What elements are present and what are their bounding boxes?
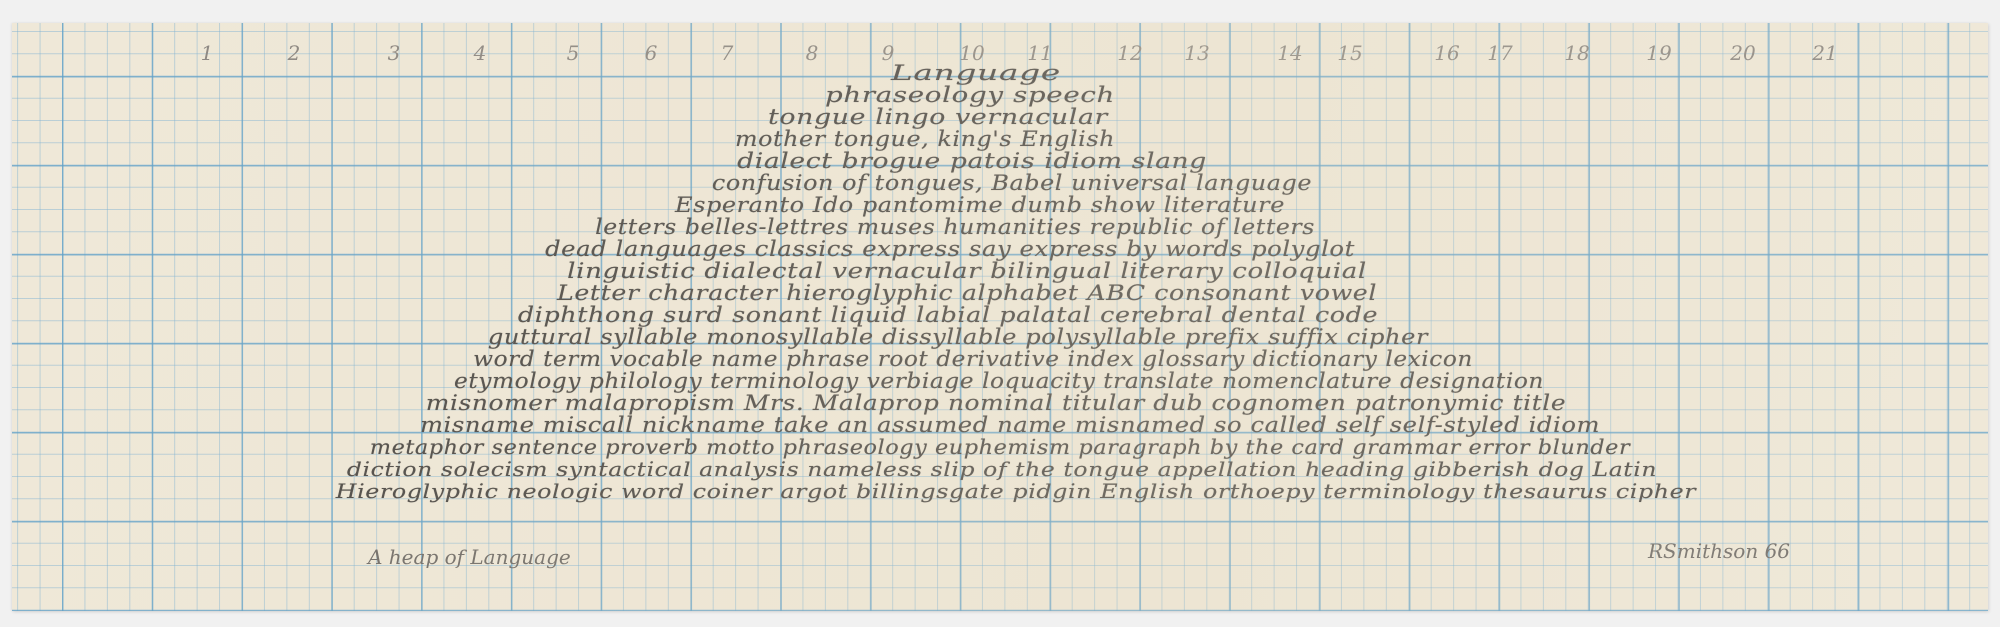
heap-line: Hieroglyphic neologic word coiner argot … [336, 479, 1696, 503]
heap-line: linguistic dialectal vernacular bilingua… [567, 259, 1367, 283]
heap-line: misnomer malapropism Mrs. Malaprop nomin… [426, 391, 1566, 415]
heap-line: mother tongue, king's English [735, 127, 1115, 151]
heap-line: dead languages classics express say expr… [545, 237, 1355, 261]
language-heap: Language phraseology speech tongue lingo… [12, 23, 1988, 611]
artwork-title-caption: A heap of Language [368, 545, 571, 569]
heap-line: metaphor sentence proverb motto phraseol… [370, 435, 1630, 459]
heap-line: guttural syllable monosyllable dissyllab… [488, 325, 1428, 349]
heap-line: misname miscall nickname take an assumed… [420, 413, 1600, 437]
graph-paper-sheet: 1 2 3 4 5 6 7 8 9 10 11 12 13 14 15 16 1… [12, 23, 1988, 611]
artist-signature: RSmithson 66 [1648, 539, 1790, 563]
heap-line: etymology philology terminology verbiage… [454, 369, 1544, 393]
heap-line: Letter character hieroglyphic alphabet A… [557, 281, 1377, 305]
heap-line: Language [891, 61, 1061, 85]
heap-line: dialect brogue patois idiom slang [737, 149, 1207, 173]
heap-line: tongue lingo vernacular [768, 105, 1108, 129]
heap-line: letters belles-lettres muses humanities … [595, 215, 1315, 239]
heap-line: diphthong surd sonant liquid labial pala… [518, 303, 1378, 327]
heap-line: diction solecism syntactical analysis na… [347, 457, 1657, 481]
heap-line: confusion of tongues, Babel universal la… [712, 171, 1312, 195]
heap-line: phraseology speech [825, 83, 1115, 107]
heap-line: Esperanto Ido pantomime dumb show litera… [675, 193, 1285, 217]
heap-line: word term vocable name phrase root deriv… [473, 347, 1473, 371]
